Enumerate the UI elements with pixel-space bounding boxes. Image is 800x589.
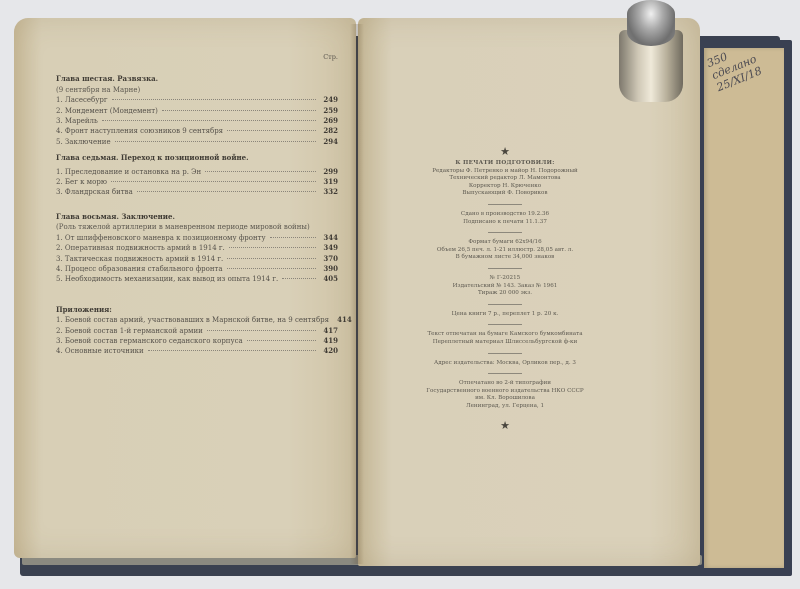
page-column-header: Стр.: [56, 52, 338, 62]
divider: [488, 373, 522, 374]
toc-page-number: 332: [320, 187, 338, 197]
dates-block: Сдано в производство 19.2.36 Подписано к…: [415, 211, 595, 226]
toc-entry: 1. От шлиффеновского маневра к позиционн…: [56, 233, 338, 243]
divider: [488, 304, 522, 305]
toc-entry: 5. Необходимость механизации, как вывод …: [56, 274, 338, 284]
toc-section-title: Глава восьмая. Заключение.: [56, 212, 338, 222]
toc-entry: 3. Боевой состав германского седанского …: [56, 336, 338, 346]
colophon-heading: К ПЕЧАТИ ПОДГОТОВИЛИ:: [415, 160, 595, 168]
star-icon: ★: [415, 146, 595, 158]
toc-page-number: 259: [320, 106, 338, 116]
publisher-address: Адрес издательства: Москва, Орликов пер.…: [415, 360, 595, 368]
table-of-contents: Стр. Глава шестая. Развязка. (9 сентября…: [56, 52, 338, 357]
toc-entry: 1. Боевой состав армий, участвовавших в …: [56, 315, 338, 325]
toc-page-number: 370: [320, 254, 338, 264]
colophon: ★ К ПЕЧАТИ ПОДГОТОВИЛИ: Редакторы Ф. Пет…: [415, 146, 595, 432]
divider: [488, 232, 522, 233]
star-icon: ★: [415, 420, 595, 432]
divider: [488, 204, 522, 205]
endpaper: [704, 48, 784, 568]
toc-entry: 4. Процесс образования стабильного фронт…: [56, 264, 338, 274]
toc-section-subtitle: (Роль тяжелой артиллерии в маневренном п…: [56, 222, 338, 232]
toc-page-number: 414: [337, 315, 352, 325]
toc-page-number: 419: [320, 336, 338, 346]
order-block: № Г-20215 Издательский № 143. Заказ № 19…: [415, 275, 595, 298]
toc-page-number: 294: [320, 137, 338, 147]
toc-page-number: 319: [320, 177, 338, 187]
toc-entry: 2. Бег к морю319: [56, 177, 338, 187]
divider: [488, 353, 522, 354]
toc-page-number: 269: [320, 116, 338, 126]
toc-entry: 2. Мондемент (Мондемент)259: [56, 106, 338, 116]
divider: [488, 268, 522, 269]
paper-block: Текст отпечатан на бумаге Камского бумко…: [415, 331, 595, 346]
toc-page-number: 405: [320, 274, 338, 284]
format-block: Формат бумаги 62x94/16 Объем 26,5 печ. л…: [415, 239, 595, 262]
toc-page-number: 344: [320, 233, 338, 243]
toc-page-number: 249: [320, 95, 338, 105]
book-gutter: [350, 24, 364, 564]
toc-section-title: Глава шестая. Развязка.: [56, 74, 338, 84]
toc-entry: 1. Преследование и остановка на р. Эн299: [56, 167, 338, 177]
toc-entry: 4. Основные источники420: [56, 346, 338, 356]
divider: [488, 324, 522, 325]
toc-page-number: 417: [320, 326, 338, 336]
toc-entry: 1. Ласесебург249: [56, 95, 338, 105]
toc-page-number: 420: [320, 346, 338, 356]
toc-page-number: 390: [320, 264, 338, 274]
credits-block: Редакторы Ф. Петренко и майор Н. Подорож…: [415, 168, 595, 198]
toc-entry: 3. Фландрская битва332: [56, 187, 338, 197]
toc-entry: 3. Тактическая подвижность армий в 1914 …: [56, 254, 338, 264]
toc-entry: 5. Заключение294: [56, 137, 338, 147]
toc-entry: 4. Фронт наступления союзников 9 сентябр…: [56, 126, 338, 136]
metal-weight: [617, 0, 685, 102]
toc-page-number: 349: [320, 243, 338, 253]
toc-section-title: Глава седьмая. Переход к позиционной вой…: [56, 153, 338, 163]
weight-cap: [627, 0, 675, 46]
price-line: Цена книги 7 р., переплет 1 р. 20 к.: [415, 311, 595, 319]
toc-section-subtitle: (9 сентября на Марне): [56, 85, 338, 95]
toc-entry: 3. Марейль269: [56, 116, 338, 126]
toc-section-title: Приложения:: [56, 305, 338, 315]
toc-entry: 2. Оперативная подвижность армий в 1914 …: [56, 243, 338, 253]
printer-block: Отпечатано во 2-й типографии Государстве…: [415, 380, 595, 410]
toc-page-number: 282: [320, 126, 338, 136]
toc-page-number: 299: [320, 167, 338, 177]
toc-entry: 2. Боевой состав 1-й германской армии417: [56, 326, 338, 336]
